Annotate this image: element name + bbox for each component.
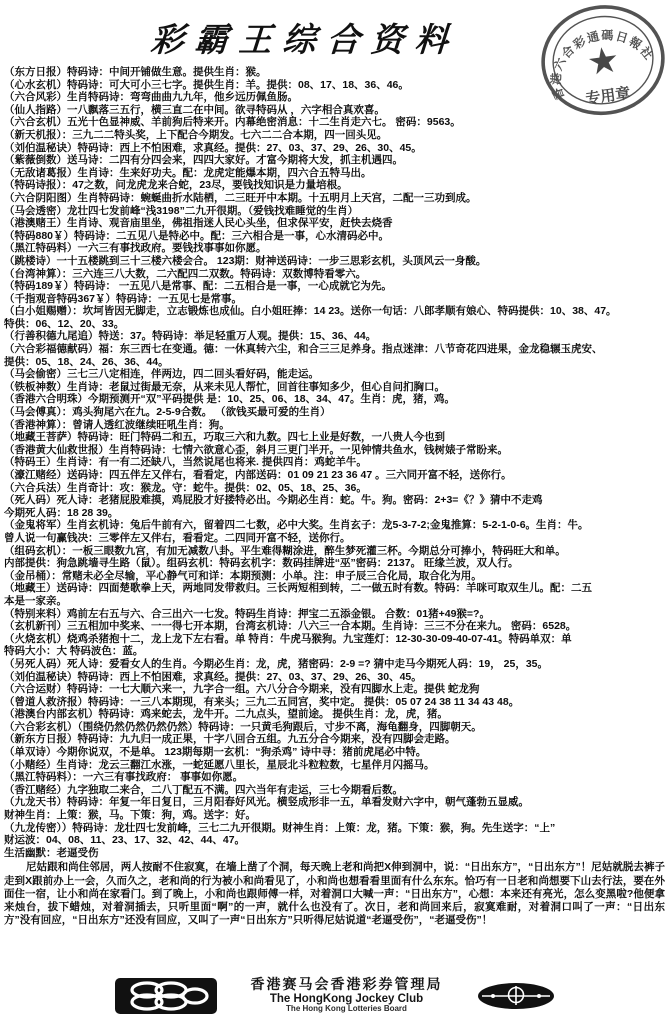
tip-line: （黑江特码料）：一六三有事找政府： 事事如你愿。 xyxy=(4,771,666,784)
tip-line: 特供：06、12、20、33。 xyxy=(4,318,666,331)
tip-line: （地藏王）送码诗：四面楚歌拳上天，两地同发带救归。三长两短相到转，二一做五时有数… xyxy=(4,582,666,595)
tip-line: （小赌经）生肖诗：龙云三翻江水涨，一蛇延愿八里长，星辰北斗粒粒数，七星伴月闪摇马… xyxy=(4,759,666,772)
tip-line: （行善积德九尾追）特送：37。特码诗：举足轻重万人观。提供：15、36、44。 xyxy=(4,330,666,343)
tip-line: （紫薇倒数）送马诗：二四有分四会来，四四大家好。才富今期将大发，抓主机遇四。 xyxy=(4,154,666,167)
tip-line: （九龙传密））特码诗：龙壮四七发前峰，三七二九开很期。财神生肖：上策：龙，猪。下… xyxy=(4,822,666,835)
footer: 香港赛马会香港彩券管理局 The HongKong Jockey Club Th… xyxy=(0,978,669,1014)
tip-line: （港澳赌王）生肖诗、观音庙里坐，佛祖指迷人民心头坐，但求保平安，赶快去烧香 xyxy=(4,217,666,230)
footer-org-block: 香港赛马会香港彩券管理局 The HongKong Jockey Club Th… xyxy=(251,978,443,1013)
tip-line: （香港神算）：曾请人透红波继续旺吼生肖：狗。 xyxy=(4,419,666,432)
tip-line: （玄机新刊）三五相加中奖来、一一得七开本期，台湾玄机诗：八六三一合本期。生肖诗：… xyxy=(4,620,666,633)
tip-line: （死人码）死人诗：老猪屁股难摸，鸡屁股才好搂特必出。今期必生肖：蛇。牛。狗。密码… xyxy=(4,494,666,507)
oval-horse-logo-icon xyxy=(477,982,555,1010)
tips-list: （东方日报）特码诗：中间开铺做生意。提供生肖：猴。（心水玄机）特码诗：可大可小三… xyxy=(0,62,669,859)
tip-line: 曾人说一句赢钱决：三零伴左又伴右，看看定。二四同开富不轻，送你行。 xyxy=(4,532,666,545)
stamp-label: 专用章 xyxy=(584,84,631,108)
tip-line: （台湾神算）：三六连三八大数，二六配四二双数。特码诗：双数博特看零六。 xyxy=(4,268,666,281)
tip-line: （特码880￥）特码诗：二五见八是特必中。配：三六相合是一事，心水清码必中。 xyxy=(4,230,666,243)
tip-line: （金鬼将军）生肖玄机诗：兔后牛前有六，留着四二七数，必中大奖。生肖玄子：龙5-3… xyxy=(4,519,666,532)
tip-line: （香港黄大仙救世报）生肖特码诗：七情六欲意心歪，斜月三更门半开。一见钟情共鱼水，… xyxy=(4,444,666,457)
tip-line: （黑江特码料）一六三有事找政府。要钱找事事如你愿。 xyxy=(4,242,666,255)
tip-line: （千指观音特码367￥）特码诗：一五见七是常事。 xyxy=(4,293,666,306)
tip-line: 今期死人码：18 28 39。 xyxy=(4,507,666,520)
tip-line: 特码大小：大 特码波色：蓝。 xyxy=(4,645,666,658)
official-stamp: 香港六合彩通碼日報社 ★ 专用章 xyxy=(532,0,669,125)
tip-line: 财运波：04、08、11、23、17、32、42、44、47。 xyxy=(4,834,666,847)
tip-line: （六合兵法）生肖奇计：攻：猴龙。守：蛇牛。提供：02、05、18、25、36。 xyxy=(4,482,666,495)
page-title: 彩霸王综合资料 xyxy=(149,14,460,61)
tip-line: （香港六合明珠）今期预测开“双”平码提供 是：10、25、06、18、34、47… xyxy=(4,393,666,406)
humor-story: 尼姑跟和尚住邻居，两人按耐不住寂寞，在墙上凿了个洞，每天晚上老和尚把X伸到洞中，… xyxy=(0,859,669,927)
tip-line: 内部提供：狗急跳墙寻生路（鼠）。组码玄机：特码玄机字：数码挂牌进“巫”密码：21… xyxy=(4,557,666,570)
tip-line: （跳楼诗）一十五楼跳到三十三楼六楼会合。 123期：财神送码诗：一步三思彩玄机，… xyxy=(4,255,666,268)
tip-line: （曾道人救济报）特码诗：一三八本期现，有来头；三九二五同宫，奖中定。 提供：05… xyxy=(4,696,666,709)
tip-line: （组码玄机）：一板三眼数九宫，有加无减数八卦。平生难得糊涂进，醉生梦死灌三杯。今… xyxy=(4,545,666,558)
humor-story-text: 尼姑跟和尚住邻居，两人按耐不住寂寞，在墙上凿了个洞，每天晚上老和尚把X伸到洞中，… xyxy=(4,861,665,927)
tip-line: （无敌诸葛报）生肖诗：生来好功夫。配：龙虎定能爆本期，四六合五特马出。 xyxy=(4,167,666,180)
star-icon: ★ xyxy=(584,38,622,83)
tip-line: （金吊桶）：常赌未必全尽输，平心静气可和详：本期预测：小单。注：申子辰三合化局，… xyxy=(4,570,666,583)
tip-line: （特码王）生肖诗：有一有二还缺八，当然说尾也将来. 提供四肖：鸡蛇羊牛。 xyxy=(4,456,666,469)
tip-line: 生活幽默：老逼受伤 xyxy=(4,847,666,860)
tip-line: （六合阴阳图）生肖特码诗：蜿蜒曲折水陆栖，二三旺开中本期。十五明月上天宫，二配一… xyxy=(4,192,666,205)
tip-line: 财神生肖：上策：猴，马。下策：狗，鸡。送字：好。 xyxy=(4,809,666,822)
tip-line: （白小姐赐赠）：坎坷皆因无脚走，立志锻炼也成仙。白小姐旺捧：14 23。送你一句… xyxy=(4,305,666,318)
tip-line: （濠江赌经）送码诗：四五伴左又伴右，看看定，内部送码：01 09 21 23 3… xyxy=(4,469,666,482)
tip-line: （六合彩玄机）（围绕仍然仍然仍然仍然）特码诗：一只黄毛狗跟后，寸步不离，海龟翻身… xyxy=(4,721,666,734)
tip-line: （特码189￥）特码诗： 一五见八是常事、配：二五相合是一事，一心成就它为先。 xyxy=(4,280,666,293)
tip-line: （地藏王菩萨）特码诗：旺门特码二和五，巧取三六和九数。四七上业是好数，一八贵人今… xyxy=(4,431,666,444)
tip-line: （马会偷密）三七三八定相连，伴两边，四二回头看好码，能走运。 xyxy=(4,368,666,381)
tip-line: （九龙天书）特码诗：年复一年日复日，三月阳春好风光。横竖成形非一五，单看发财六字… xyxy=(4,796,666,809)
tip-line: （铁板神数）生肖诗：老鼠过街最无奈，从来未见人帮忙，回首往事知多少，但心自问扪胸… xyxy=(4,381,666,394)
tip-line: （特别来料）鸡前左右五与六、合三出六一七发。特码生肖诗：押宝二五添金银。 合数：… xyxy=(4,608,666,621)
tip-line: （马会透密）龙壮四七发前峰“浅3198”二九开很期。（爱钱找难睡觉的生肖） xyxy=(4,205,666,218)
footer-org-chinese: 香港赛马会香港彩券管理局 xyxy=(251,978,443,993)
tip-line: （新东方日报）特码诗：九九归一成正果，十字八回合五组。九五分合今期来，没有四脚会… xyxy=(4,733,666,746)
tip-line: （六合彩福德献码）福：东三西七在变通。德：一休真转六尘，和合三三足养身。指点迷津… xyxy=(4,343,666,356)
tip-line: 提供：05、18、24、26、36、44。 xyxy=(4,356,666,369)
tip-line: （马会傅真）：鸡头狗尾六在九。2-5-9合数。 （欲钱买最可爱的生肖） xyxy=(4,406,666,419)
footer-lotteries-board: The Hong Kong Lotteries Board xyxy=(251,1005,443,1013)
tip-line: （新天机报）：三九二二特头奖，上下配合今期发。七六二二合本期，四一回头见。 xyxy=(4,129,666,142)
tip-line: 本是一家亲。 xyxy=(4,595,666,608)
title-row: 彩霸王综合资料 xyxy=(0,0,610,62)
tip-line: （刘伯温秘诀）特码诗：西上不怕困难，求真经。提供：27、03、37、29、26、… xyxy=(4,142,666,155)
document-page: 彩霸王综合资料 香港六合彩通碼日報社 ★ 专用章 （东方日报）特码诗：中间开铺做… xyxy=(0,0,669,1024)
tip-line: （另死人码）死人诗：爱看女人的生肖。今期必生肖：龙，虎，猪密码：2-9 =? 猜… xyxy=(4,658,666,671)
tip-line: （火烧玄机）烧鸡杀猪抱十二，龙上龙下左右看。单 特肖：牛虎马猴狗。九宝莲灯：12… xyxy=(4,633,666,646)
tip-line: （特码诗报）：47之数，问龙虎龙来合蛇，23尽，要钱找知识是力量培根。 xyxy=(4,179,666,192)
tip-line: （香江赌经）九字独取二来合，二八丁配五不满。四六当年有走运，三七今期看后数。 xyxy=(4,784,666,797)
tip-line: （刘伯温秘诀）特码诗：西上不怕困难，求真经。提供：27、03、37、29、26、… xyxy=(4,671,666,684)
tip-line: （六合运财）特码诗：一七大顺六来一，九字合一组。六八分合今期来，没有四脚水上走。… xyxy=(4,683,666,696)
tip-line: （单双诗）今期你说双，不是单。 123期每期一玄机：“狗杀鸡” 诗中寻：猪前虎尾… xyxy=(4,746,666,759)
jockey-club-logo-icon xyxy=(115,978,217,1014)
tip-line: （港澳台内部玄机）特码诗：鸡来蛇去，龙牛开。二九点头，望前途。 提供生肖：龙，虎… xyxy=(4,708,666,721)
